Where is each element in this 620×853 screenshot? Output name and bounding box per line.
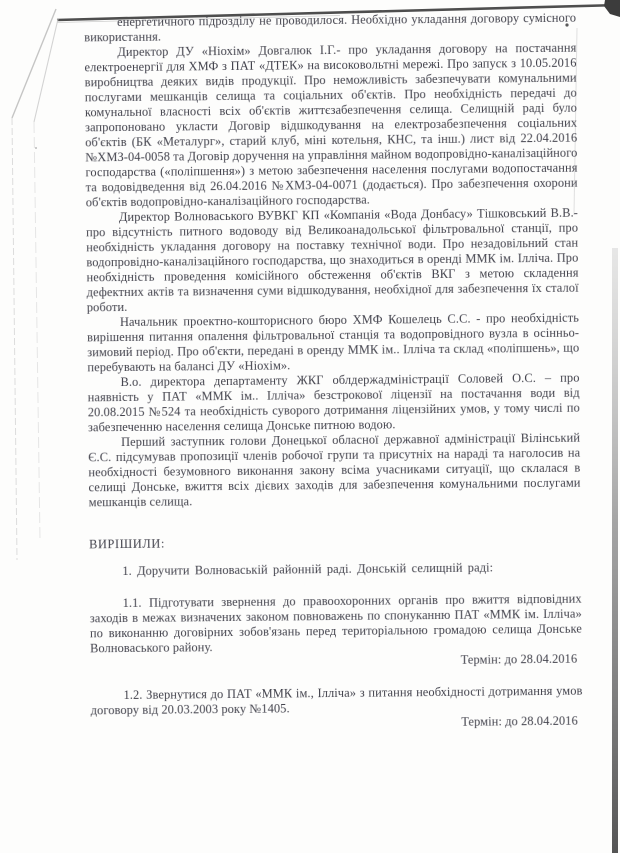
paragraph-acting-director-zhkg: В.о. директора департаменту ЖКГ облдержа… (87, 371, 580, 436)
paragraph-energy-unit: енергетичного підрозділу не проводилося.… (84, 11, 576, 46)
ink-speck (35, 147, 37, 149)
decision-item-1: 1. Доручити Волноваській районній раді. … (89, 560, 581, 580)
paragraph-director-niohim: Директор ДУ «Ніохім» Довгалюк І.Г.- про … (84, 41, 578, 211)
decided-heading: ВИРІШИЛИ: (89, 533, 581, 553)
left-page-edge-outer (12, 118, 17, 560)
left-fold-diagonal-outer (12, 9, 56, 118)
left-fold-diagonal-inner (34, 19, 58, 122)
right-scanner-band (612, 248, 618, 853)
decision-item-1-1: 1.1. Підготувати звернення до правоохоро… (90, 592, 583, 657)
scanned-document-page: енергетичного підрозділу не проводилося.… (0, 0, 620, 853)
paragraph-chief-design-bureau: Начальник проектно-кошторисного бюро ХМФ… (87, 311, 580, 376)
paragraph-director-voda-donbasu: Директор Волноваського ВУВКГ КП «Компані… (86, 206, 579, 316)
document-text: енергетичного підрозділу не проводилося.… (84, 11, 583, 734)
decision-item-1-2: 1.2. Звернутися до ПАТ «ММК ім., Ілліча»… (90, 684, 582, 719)
top-right-corner-blob (604, 0, 620, 17)
left-page-edge-inner (34, 122, 40, 540)
paragraph-first-deputy-head: Перший заступник голови Донецької обласн… (88, 431, 581, 511)
